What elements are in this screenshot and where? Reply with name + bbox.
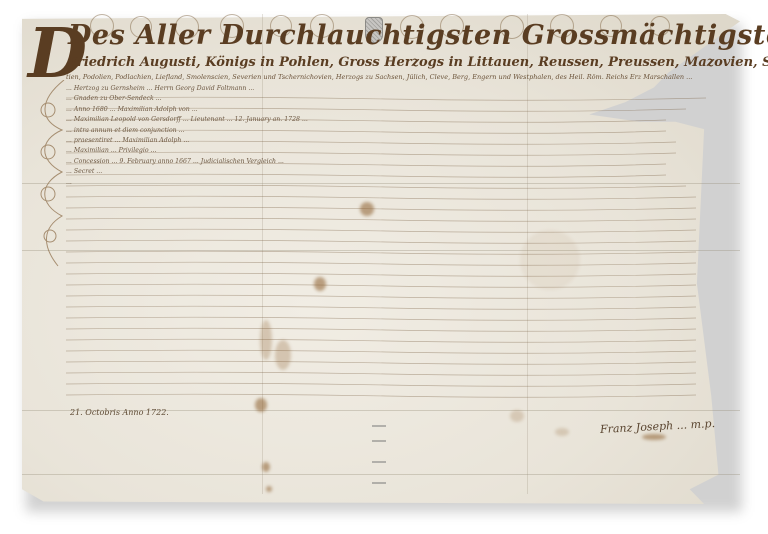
fold-mark — [372, 461, 386, 463]
fold-mark — [372, 440, 386, 442]
document-heading: Des Aller Durchlauchtigsten Grossmächtig… — [68, 20, 768, 51]
stain — [314, 277, 326, 291]
stain — [260, 320, 272, 360]
document-subheading: Friedrich Augusti, Königs in Pohlen, Gro… — [68, 55, 768, 70]
intro-line: tien, Podolien, Podlachien, Liefland, Sm… — [66, 73, 692, 81]
fold-line — [22, 474, 740, 475]
stain — [510, 410, 524, 422]
stain — [275, 340, 291, 370]
fold-mark — [372, 425, 386, 427]
stain — [262, 462, 270, 472]
stain — [555, 428, 569, 436]
stain — [360, 202, 374, 216]
stain — [520, 230, 580, 290]
stain — [255, 398, 267, 412]
handwriting-texture — [66, 90, 706, 410]
stain — [266, 486, 272, 492]
fold-mark — [372, 482, 386, 484]
margin-flourish-ornament — [34, 80, 68, 270]
closing-date: 21. Octobris Anno 1722. — [70, 408, 169, 417]
stain — [642, 434, 666, 440]
